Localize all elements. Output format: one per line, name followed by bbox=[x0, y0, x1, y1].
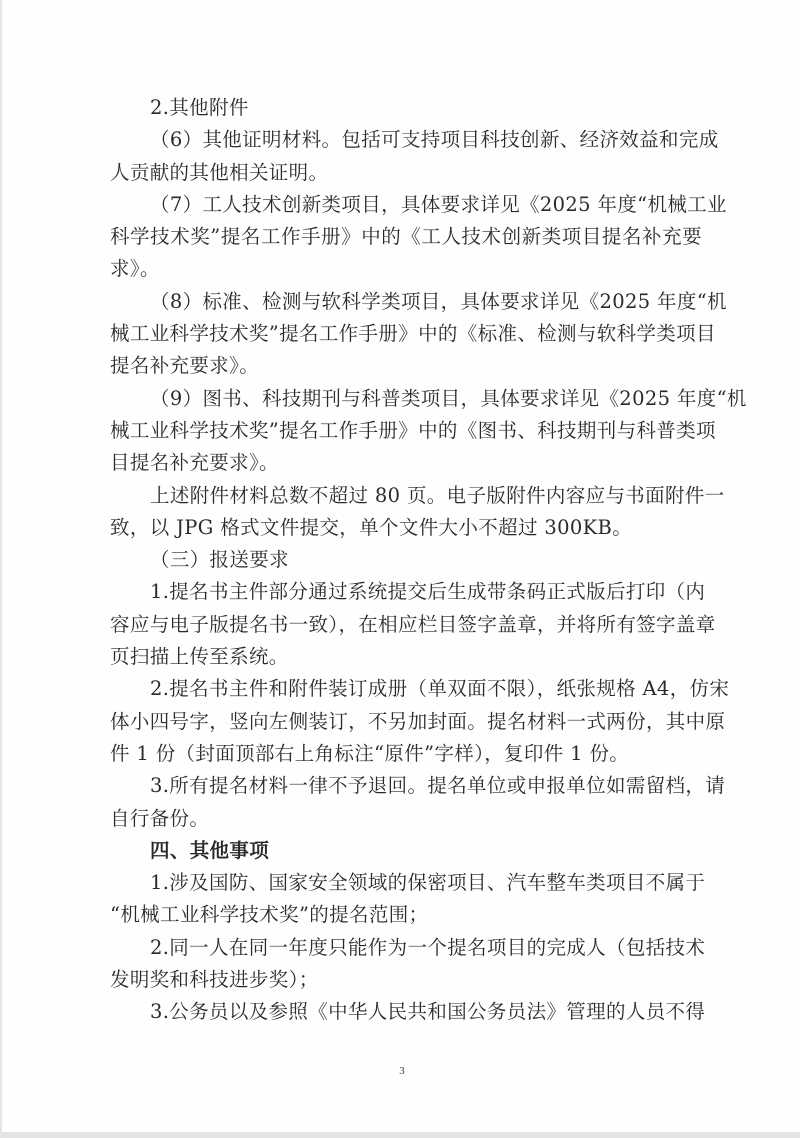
text-line: （8）标准、检测与软科学类项目，具体要求详见《2025 年度“机 bbox=[110, 286, 702, 318]
text-line: 致，以 JPG 格式文件提交，单个文件大小不超过 300KB。 bbox=[110, 512, 702, 544]
section-heading: 四、其他事项 bbox=[110, 835, 702, 867]
text-line: 发明奖和科技进步奖）； bbox=[110, 964, 702, 996]
text-line: 求》。 bbox=[110, 253, 702, 285]
text-line: 页扫描上传至系统。 bbox=[110, 641, 702, 673]
text-line: “机械工业科学技术奖”的提名范围； bbox=[110, 899, 702, 931]
text-line: 械工业科学技术奖”提名工作手册》中的《标准、检测与软科学类项目 bbox=[110, 318, 702, 350]
page-number: 3 bbox=[2, 1065, 800, 1077]
text-line: 目提名补充要求》。 bbox=[110, 447, 702, 479]
text-line: 件 1 份（封面顶部右上角标注“原件”字样），复印件 1 份。 bbox=[110, 738, 702, 770]
text-line: 自行备份。 bbox=[110, 803, 702, 835]
text-line: （7）工人技术创新类项目，具体要求详见《2025 年度“机械工业 bbox=[110, 189, 702, 221]
text-line: 科学技术奖”提名工作手册》中的《工人技术创新类项目提名补充要 bbox=[110, 221, 702, 253]
text-line: 3.所有提名材料一律不予退回。提名单位或申报单位如需留档，请 bbox=[110, 770, 702, 802]
text-line: 2.其他附件 bbox=[110, 92, 702, 124]
text-line: （6）其他证明材料。包括可支持项目科技创新、经济效益和完成 bbox=[110, 124, 702, 156]
text-line: 体小四号字，竖向左侧装订，不另加封面。提名材料一式两份，其中原 bbox=[110, 706, 702, 738]
text-line: 3.公务员以及参照《中华人民共和国公务员法》管理的人员不得 bbox=[110, 996, 702, 1028]
text-line: 2.提名书主件和附件装订成册（单双面不限），纸张规格 A4，仿宋 bbox=[110, 673, 702, 705]
text-line: （三）报送要求 bbox=[110, 544, 702, 576]
document-body: 2.其他附件（6）其他证明材料。包括可支持项目科技创新、经济效益和完成人贡献的其… bbox=[110, 92, 702, 1029]
text-line: （9）图书、科技期刊与科普类项目，具体要求详见《2025 年度“机 bbox=[110, 383, 702, 415]
text-line: 提名补充要求》。 bbox=[110, 350, 702, 382]
text-line: 械工业科学技术奖”提名工作手册》中的《图书、科技期刊与科普类项 bbox=[110, 415, 702, 447]
document-page: 2.其他附件（6）其他证明材料。包括可支持项目科技创新、经济效益和完成人贡献的其… bbox=[0, 0, 800, 1138]
page-bottom-edge bbox=[2, 1132, 800, 1138]
text-line: 2.同一人在同一年度只能作为一个提名项目的完成人（包括技术 bbox=[110, 932, 702, 964]
text-line: 1.涉及国防、国家安全领域的保密项目、汽车整车类项目不属于 bbox=[110, 867, 702, 899]
text-line: 容应与电子版提名书一致），在相应栏目签字盖章，并将所有签字盖章 bbox=[110, 609, 702, 641]
text-line: 上述附件材料总数不超过 80 页。电子版附件内容应与书面附件一 bbox=[110, 480, 702, 512]
text-line: 人贡献的其他相关证明。 bbox=[110, 157, 702, 189]
text-line: 1.提名书主件部分通过系统提交后生成带条码正式版后打印（内 bbox=[110, 576, 702, 608]
